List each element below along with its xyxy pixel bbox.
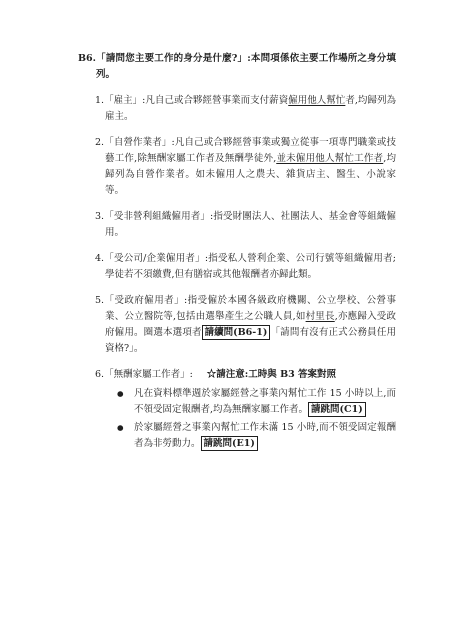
bullet-text: 凡在資料標準週於家屬經營之事業內幫忙工作 15 小時以上,而不領受固定報酬者,均… — [134, 386, 396, 418]
underlined-term: 並未僱用他人幫忙工作者 — [276, 153, 383, 164]
item-number: 5. — [95, 295, 104, 306]
item-text-segment: 於家屬經營之事業內幫忙工作未滿 15 小時,而不領受固定報酬者為非勞動力。 — [134, 422, 396, 449]
bullet-text: 於家屬經營之事業內幫忙工作未滿 15 小時,而不領受固定報酬者為非勞動力。請跳問… — [134, 420, 396, 452]
item-number: 2. — [95, 137, 104, 148]
definition-item-nonprofit-employee: 3.「受非營利組織僱用者」:指受財團法人、社團法人、基金會等組織僱用。 — [95, 209, 396, 241]
question-title-text: 「請問您主要工作的身分是什麼?」:本問項係依主要工作場所之身分填列。 — [96, 53, 396, 80]
item-text-segment: 「無酬家屬工作者」: — [104, 369, 193, 380]
definition-item-company-employee: 4.「受公司/企業僱用者」:指受私人營利企業、公司行號等組織僱用者;學徒若不須繳… — [95, 251, 396, 283]
bullet-icon: ● — [117, 386, 134, 418]
item-number: 3. — [95, 211, 104, 222]
skip-instruction-box-b6-1: 請續問(B6-1) — [202, 325, 271, 340]
item-text-segment: 「雇主」:凡自己或合夥經營事業而支付薪資 — [104, 95, 288, 106]
skip-instruction-box-e1: 請跳問(E1) — [201, 436, 258, 451]
underlined-term: 僱用他人幫忙 — [288, 95, 345, 106]
definition-item-employer: 1.「雇主」:凡自己或合夥經營事業而支付薪資僱用他人幫忙者,均歸列為雇主。 — [95, 93, 396, 125]
item-number: 4. — [95, 253, 104, 264]
item-text-segment: 「受非營利組織僱用者」:指受財團法人、社團法人、基金會等組織僱用。 — [104, 211, 396, 238]
bullet-icon: ● — [117, 420, 134, 452]
bullet-item: ● 於家屬經營之事業內幫忙工作未滿 15 小時,而不領受固定報酬者為非勞動力。請… — [117, 420, 396, 452]
question-number: B6. — [78, 53, 96, 64]
item-text-segment: 「受公司/企業僱用者」:指受私人營利企業、公司行號等組織僱用者;學徒若不須繳費,… — [104, 253, 396, 280]
skip-instruction-box-c1: 請跳問(C1) — [308, 402, 366, 417]
bullet-list: ● 凡在資料標準週於家屬經營之事業內幫忙工作 15 小時以上,而不領受固定報酬者… — [105, 386, 396, 452]
underlined-term: 村里長 — [306, 311, 335, 322]
questionnaire-page: B6.「請問您主要工作的身分是什麼?」:本問項係依主要工作場所之身分填列。 1.… — [0, 0, 452, 640]
bullet-item: ● 凡在資料標準週於家屬經營之事業內幫忙工作 15 小時以上,而不領受固定報酬者… — [117, 386, 396, 418]
attention-note: ☆請注意:工時與 B3 答案對照 — [207, 369, 336, 380]
item-number: 6. — [95, 369, 104, 380]
definition-item-government-employee: 5.「受政府僱用者」:指受僱於本國各級政府機關、公立學校、公營事業、公立醫院等,… — [95, 293, 396, 357]
question-heading: B6.「請問您主要工作的身分是什麼?」:本問項係依主要工作場所之身分填列。 — [78, 51, 396, 83]
item-number: 1. — [95, 95, 104, 106]
page-content: B6.「請問您主要工作的身分是什麼?」:本問項係依主要工作場所之身分填列。 1.… — [0, 51, 452, 452]
definition-item-own-account-worker: 2.「自營作業者」:凡自己或合夥經營事業或獨立從事一項專門職業或技藝工作,除無酬… — [95, 135, 396, 199]
definition-item-unpaid-family-worker: 6.「無酬家屬工作者」:☆請注意:工時與 B3 答案對照 ● 凡在資料標準週於家… — [95, 367, 396, 452]
